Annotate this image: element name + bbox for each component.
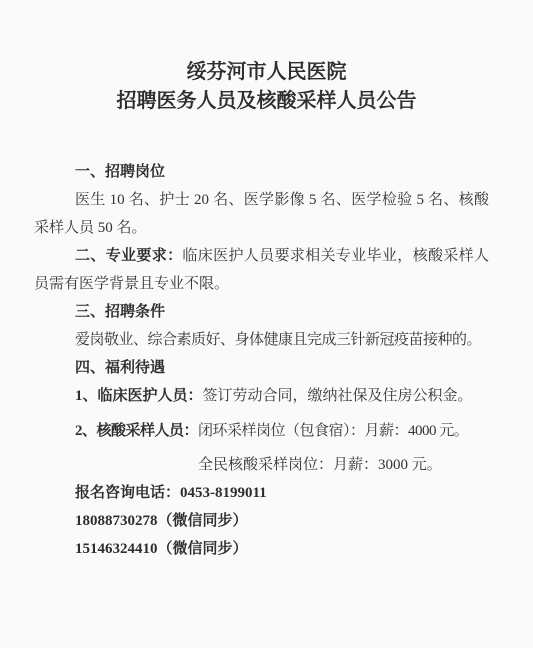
benefit-sampling-staff-text: 2、核酸采样人员：闭环采样岗位（包食宿）：月薪：4000 元。 [34, 417, 489, 445]
section-1-heading-text: 一、招聘岗位 [75, 164, 165, 180]
document-title: 绥芬河市人民医院 招聘医务人员及核酸采样人员公告 [0, 0, 533, 116]
document-body: 一、招聘岗位 医生 10 名、护士 20 名、医学影像 5 名、医学检验 5 名… [34, 158, 489, 563]
contact-mobile-1-line: 18088730278（微信同步） [34, 507, 489, 535]
contact-phone-line: 报名咨询电话：0453-8199011 [34, 479, 489, 507]
section-4-heading-text: 四、福利待遇 [75, 360, 165, 376]
title-line-announcement: 招聘医务人员及核酸采样人员公告 [0, 87, 533, 116]
section-3-heading: 三、招聘条件 [34, 298, 489, 326]
announcement-document: 绥芬河市人民医院 招聘医务人员及核酸采样人员公告 一、招聘岗位 医生 10 名、… [0, 0, 533, 648]
section-3-heading-text: 三、招聘条件 [75, 304, 165, 320]
section-4-heading: 四、福利待遇 [34, 354, 489, 382]
benefit-public-sampling-text: 全民核酸采样岗位：月薪：3000 元。 [34, 451, 489, 479]
title-line-hospital: 绥芬河市人民医院 [0, 58, 533, 87]
section-2-requirements-text: 二、专业要求：临床医护人员要求相关专业毕业，核酸采样人员需有医学背景且专业不限。 [34, 242, 489, 298]
section-2-heading-text: 二、专业要求： [75, 248, 182, 264]
contact-mobile-2-text: 15146324410（微信同步） [75, 541, 248, 557]
contact-phone-text: 报名咨询电话：0453-8199011 [75, 485, 267, 501]
section-3-conditions-text: 爱岗敬业、综合素质好、身体健康且完成三针新冠疫苗接种的。 [34, 326, 489, 354]
benefit-clinical-staff-text: 1、临床医护人员：签订劳动合同，缴纳社保及住房公积金。 [34, 382, 489, 410]
contact-mobile-2-line: 15146324410（微信同步） [34, 535, 489, 563]
benefit-clinical-staff-label: 1、临床医护人员： [75, 388, 203, 404]
section-1-positions-text: 医生 10 名、护士 20 名、医学影像 5 名、医学检验 5 名、核酸采样人员… [34, 186, 489, 242]
contact-mobile-1-text: 18088730278（微信同步） [75, 513, 248, 529]
section-1-heading: 一、招聘岗位 [34, 158, 489, 186]
benefit-sampling-staff-label: 2、核酸采样人员： [75, 423, 198, 439]
